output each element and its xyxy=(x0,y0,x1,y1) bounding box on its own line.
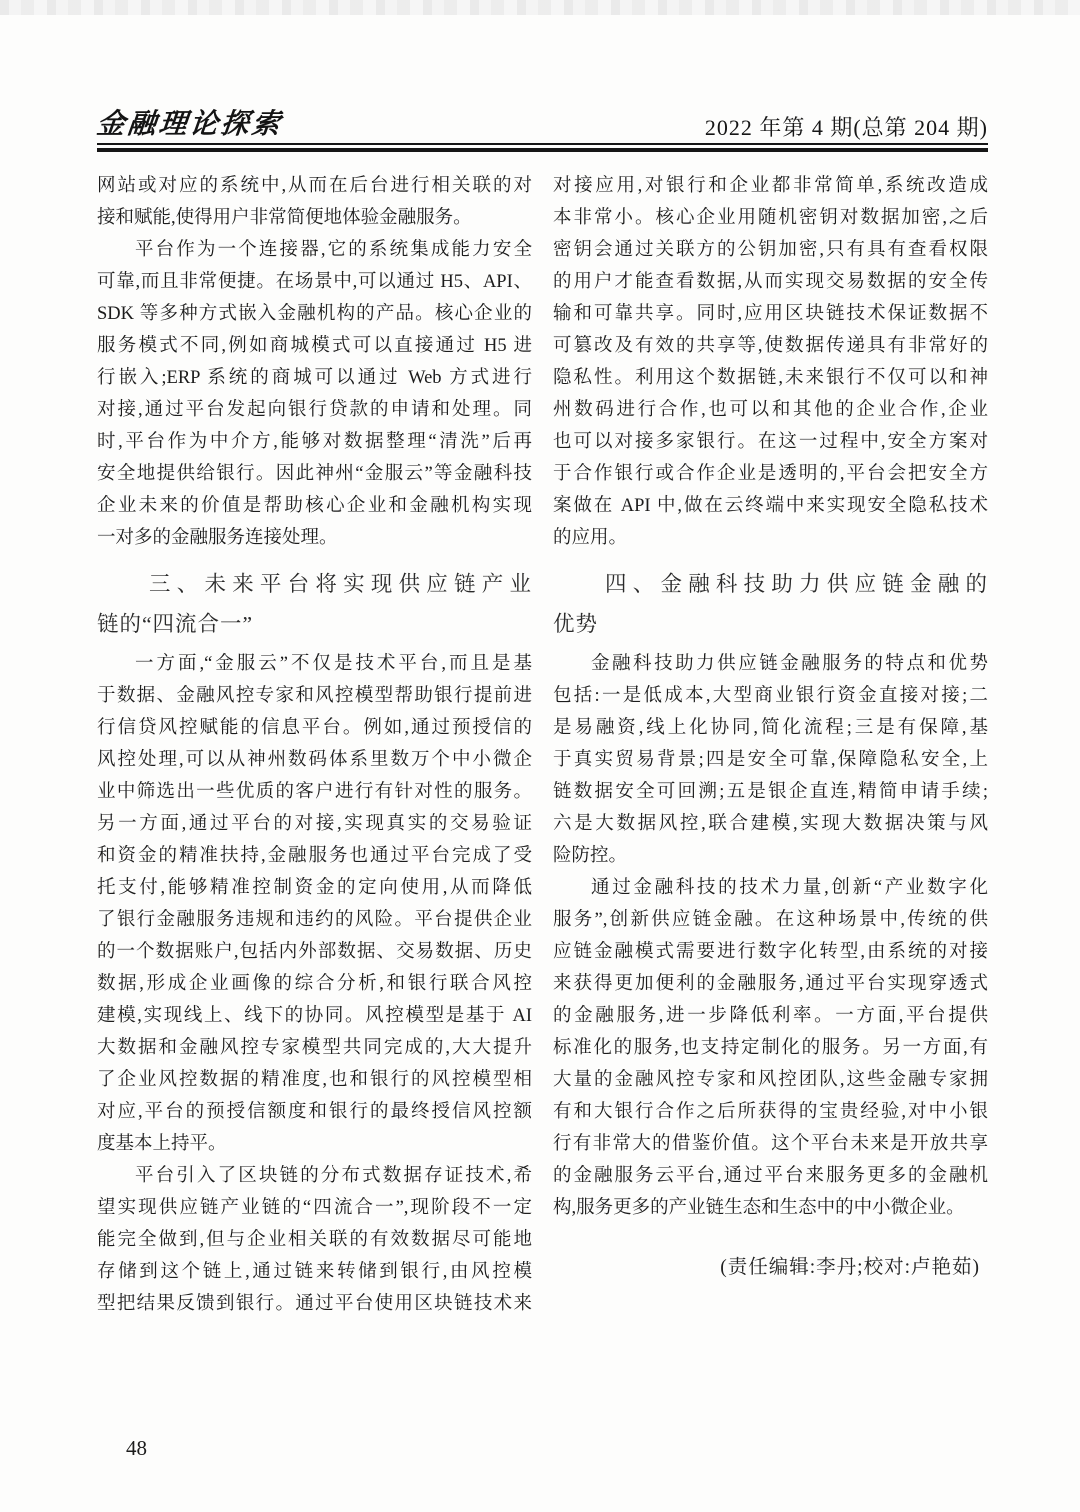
text-line: 对接,通过平台发起向银行贷款的申请和处理。同 xyxy=(97,394,532,426)
text-line: 险防控。 xyxy=(553,840,988,872)
text-line: 的一个数据账户,包括内外部数据、交易数据、历史 xyxy=(97,936,532,968)
text-line: 数据,形成企业画像的综合分析,和银行联合风控 xyxy=(97,968,532,1000)
text-line: 对应,平台的预授信额度和银行的最终授信风控额 xyxy=(97,1096,532,1128)
issue-info: 2022 年第 4 期(总第 204 期) xyxy=(705,111,988,142)
editor-note: (责任编辑:李丹;校对:卢艳茹) xyxy=(553,1252,988,1284)
text-line: 于真实贸易背景;四是安全可靠,保障隐私安全,上 xyxy=(553,744,988,776)
text-line: 行信贷风控赋能的信息平台。例如,通过预授信的 xyxy=(97,712,532,744)
heading-line: 四、金融科技助力供应链金融的 xyxy=(553,564,988,604)
scan-artifact-strip xyxy=(0,0,1080,15)
text-line: 构,服务更多的产业链生态和生态中的中小微企业。 xyxy=(553,1192,988,1224)
page-number: 48 xyxy=(126,1436,147,1461)
text-line: 大量的金融风控专家和风控团队,这些金融专家拥 xyxy=(553,1064,988,1096)
text-line: 州数码进行合作,也可以和其他的企业合作,企业 xyxy=(553,394,988,426)
text-line: 接和赋能,使得用户非常简便地体验金融服务。 xyxy=(97,202,532,234)
text-line: 企业未来的价值是帮助核心企业和金融机构实现 xyxy=(97,490,532,522)
text-line: 时,平台作为中介方,能够对数据整理“清洗”后再 xyxy=(97,426,532,458)
text-line: 输和可靠共享。同时,应用区块链技术保证数据不 xyxy=(553,298,988,330)
text-line: 了银行金融服务违规和违约的风险。平台提供企业 xyxy=(97,904,532,936)
text-line: 一方面,“金服云”不仅是技术平台,而且是基 xyxy=(97,648,532,680)
text-line: 六是大数据风控,联合建模,实现大数据决策与风 xyxy=(553,808,988,840)
text-line: 一对多的金融服务连接处理。 xyxy=(97,522,532,554)
text-line: 的用户才能查看数据,从而实现交易数据的安全传 xyxy=(553,266,988,298)
editor-note-text: (责任编辑:李丹;校对:卢艳茹) xyxy=(553,1252,988,1284)
paragraph: 对接应用,对银行和企业都非常简单,系统改造成本非常小。核心企业用随机密钥对数据加… xyxy=(553,170,988,554)
section-heading: 四、金融科技助力供应链金融的优势 xyxy=(553,564,988,644)
text-line: 安全地提供给银行。因此神州“金服云”等金融科技 xyxy=(97,458,532,490)
heading-line: 链的“四流合一” xyxy=(97,604,532,644)
paragraph: 一方面,“金服云”不仅是技术平台,而且是基于数据、金融风控专家和风控模型帮助银行… xyxy=(97,648,532,1160)
text-line: 平台作为一个连接器,它的系统集成能力安全 xyxy=(97,234,532,266)
text-line: 存储到这个链上,通过链来转储到银行,由风控模 xyxy=(97,1256,532,1288)
heading-line: 优势 xyxy=(553,604,988,644)
text-line: 包括:一是低成本,大型商业银行资金直接对接;二 xyxy=(553,680,988,712)
text-line: 于合作银行或合作企业是透明的,平台会把安全方 xyxy=(553,458,988,490)
header-rule xyxy=(97,143,988,152)
text-line: 链数据安全可回溯;五是银企直连,精简申请手续; xyxy=(553,776,988,808)
text-line: 网站或对应的系统中,从而在后台进行相关联的对 xyxy=(97,170,532,202)
text-line: SDK 等多种方式嵌入金融机构的产品。核心企业的 xyxy=(97,298,532,330)
text-line: 标准化的服务,也支持定制化的服务。另一方面,有 xyxy=(553,1032,988,1064)
text-line: 大数据和金融风控专家模型共同完成的,大大提升 xyxy=(97,1032,532,1064)
text-line: 应链金融模式需要进行数字化转型,由系统的对接 xyxy=(553,936,988,968)
text-line: 服务模式不同,例如商城模式可以直接通过 H5 进 xyxy=(97,330,532,362)
heading-line: 三、未来平台将实现供应链产业 xyxy=(97,564,532,604)
paragraph: 网站或对应的系统中,从而在后台进行相关联的对接和赋能,使得用户非常简便地体验金融… xyxy=(97,170,532,234)
section-heading: 三、未来平台将实现供应链产业链的“四流合一” xyxy=(97,564,532,644)
paragraph: 平台作为一个连接器,它的系统集成能力安全可靠,而且非常便捷。在场景中,可以通过 … xyxy=(97,234,532,554)
text-line: 望实现供应链产业链的“四流合一”,现阶段不一定 xyxy=(97,1192,532,1224)
text-line: 来获得更加便利的金融服务,通过平台实现穿透式 xyxy=(553,968,988,1000)
text-line: 对接应用,对银行和企业都非常简单,系统改造成 xyxy=(553,170,988,202)
paragraph: 金融科技助力供应链金融服务的特点和优势包括:一是低成本,大型商业银行资金直接对接… xyxy=(553,648,988,872)
text-line: 金融科技助力供应链金融服务的特点和优势 xyxy=(553,648,988,680)
text-line: 另一方面,通过平台的对接,实现真实的交易验证 xyxy=(97,808,532,840)
text-line: 业中筛选出一些优质的客户进行有针对性的服务。 xyxy=(97,776,532,808)
page-header: 金融理论探索 2022 年第 4 期(总第 204 期) xyxy=(97,106,988,142)
paragraph: 平台引入了区块链的分布式数据存证技术,希望实现供应链产业链的“四流合一”,现阶段… xyxy=(97,1160,532,1320)
right-column: 对接应用,对银行和企业都非常简单,系统改造成本非常小。核心企业用随机密钥对数据加… xyxy=(553,170,988,1284)
text-line: 平台引入了区块链的分布式数据存证技术,希 xyxy=(97,1160,532,1192)
text-line: 通过金融科技的技术力量,创新“产业数字化 xyxy=(553,872,988,904)
text-line: 隐私性。利用这个数据链,未来银行不仅可以和神 xyxy=(553,362,988,394)
text-line: 了企业风控数据的精准度,也和银行的风控模型相 xyxy=(97,1064,532,1096)
text-line: 风控处理,可以从神州数码体系里数万个中小微企 xyxy=(97,744,532,776)
text-line: 度基本上持平。 xyxy=(97,1128,532,1160)
text-line: 密钥会通过关联方的公钥加密,只有具有查看权限 xyxy=(553,234,988,266)
text-line: 服务”,创新供应链金融。在这种场景中,传统的供 xyxy=(553,904,988,936)
journal-page: 金融理论探索 2022 年第 4 期(总第 204 期) 网站或对应的系统中,从… xyxy=(0,0,1080,1512)
text-line: 是易融资,线上化协同,简化流程;三是有保障,基 xyxy=(553,712,988,744)
text-line: 有和大银行合作之后所获得的宝贵经验,对中小银 xyxy=(553,1096,988,1128)
text-line: 能完全做到,但与企业相关联的有效数据尽可能地 xyxy=(97,1224,532,1256)
text-line: 可靠,而且非常便捷。在场景中,可以通过 H5、API、 xyxy=(97,266,532,298)
text-line: 的金融服务云平台,通过平台来服务更多的金融机 xyxy=(553,1160,988,1192)
text-line: 和资金的精准扶持,金融服务也通过平台完成了受 xyxy=(97,840,532,872)
text-line: 托支付,能够精准控制资金的定向使用,从而降低 xyxy=(97,872,532,904)
text-line: 本非常小。核心企业用随机密钥对数据加密,之后 xyxy=(553,202,988,234)
text-line: 案做在 API 中,做在云终端中来实现安全隐私技术 xyxy=(553,490,988,522)
text-line: 的金融服务,进一步降低利率。一方面,平台提供 xyxy=(553,1000,988,1032)
text-line: 可篡改及有效的共享等,使数据传递具有非常好的 xyxy=(553,330,988,362)
text-line: 于数据、金融风控专家和风控模型帮助银行提前进 xyxy=(97,680,532,712)
text-line: 行有非常大的借鉴价值。这个平台未来是开放共享 xyxy=(553,1128,988,1160)
text-line: 的应用。 xyxy=(553,522,988,554)
left-column: 网站或对应的系统中,从而在后台进行相关联的对接和赋能,使得用户非常简便地体验金融… xyxy=(97,170,532,1320)
paragraph: 通过金融科技的技术力量,创新“产业数字化服务”,创新供应链金融。在这种场景中,传… xyxy=(553,872,988,1224)
text-line: 建模,实现线上、线下的协同。风控模型是基于 AI xyxy=(97,1000,532,1032)
text-line: 行嵌入;ERP 系统的商城可以通过 Web 方式进行 xyxy=(97,362,532,394)
text-line: 型把结果反馈到银行。通过平台使用区块链技术来 xyxy=(97,1288,532,1320)
text-line: 也可以对接多家银行。在这一过程中,安全方案对 xyxy=(553,426,988,458)
journal-logo: 金融理论探索 xyxy=(95,102,285,142)
